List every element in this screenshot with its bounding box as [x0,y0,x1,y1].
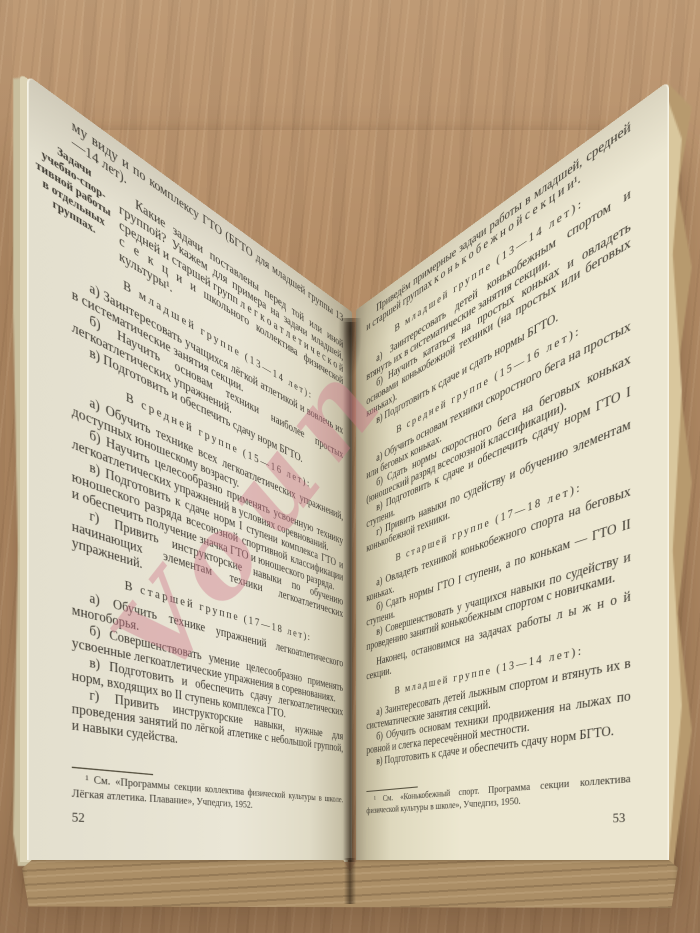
page-number: 52 [72,811,343,836]
footnote: ¹ См. «Программы секции коллектива физич… [72,773,343,817]
footnote-block: ¹ См. «Конькобежный спорт. Программа сек… [366,759,630,816]
footnote: ¹ См. «Конькобежный спорт. Программа сек… [366,773,630,816]
page-number: 53 [366,811,630,836]
footnote-block: ¹ См. «Программы секции коллектива физич… [72,759,343,817]
photo-of-open-book: му виду и по комплексу ГТО (БГТО для мла… [0,0,700,933]
